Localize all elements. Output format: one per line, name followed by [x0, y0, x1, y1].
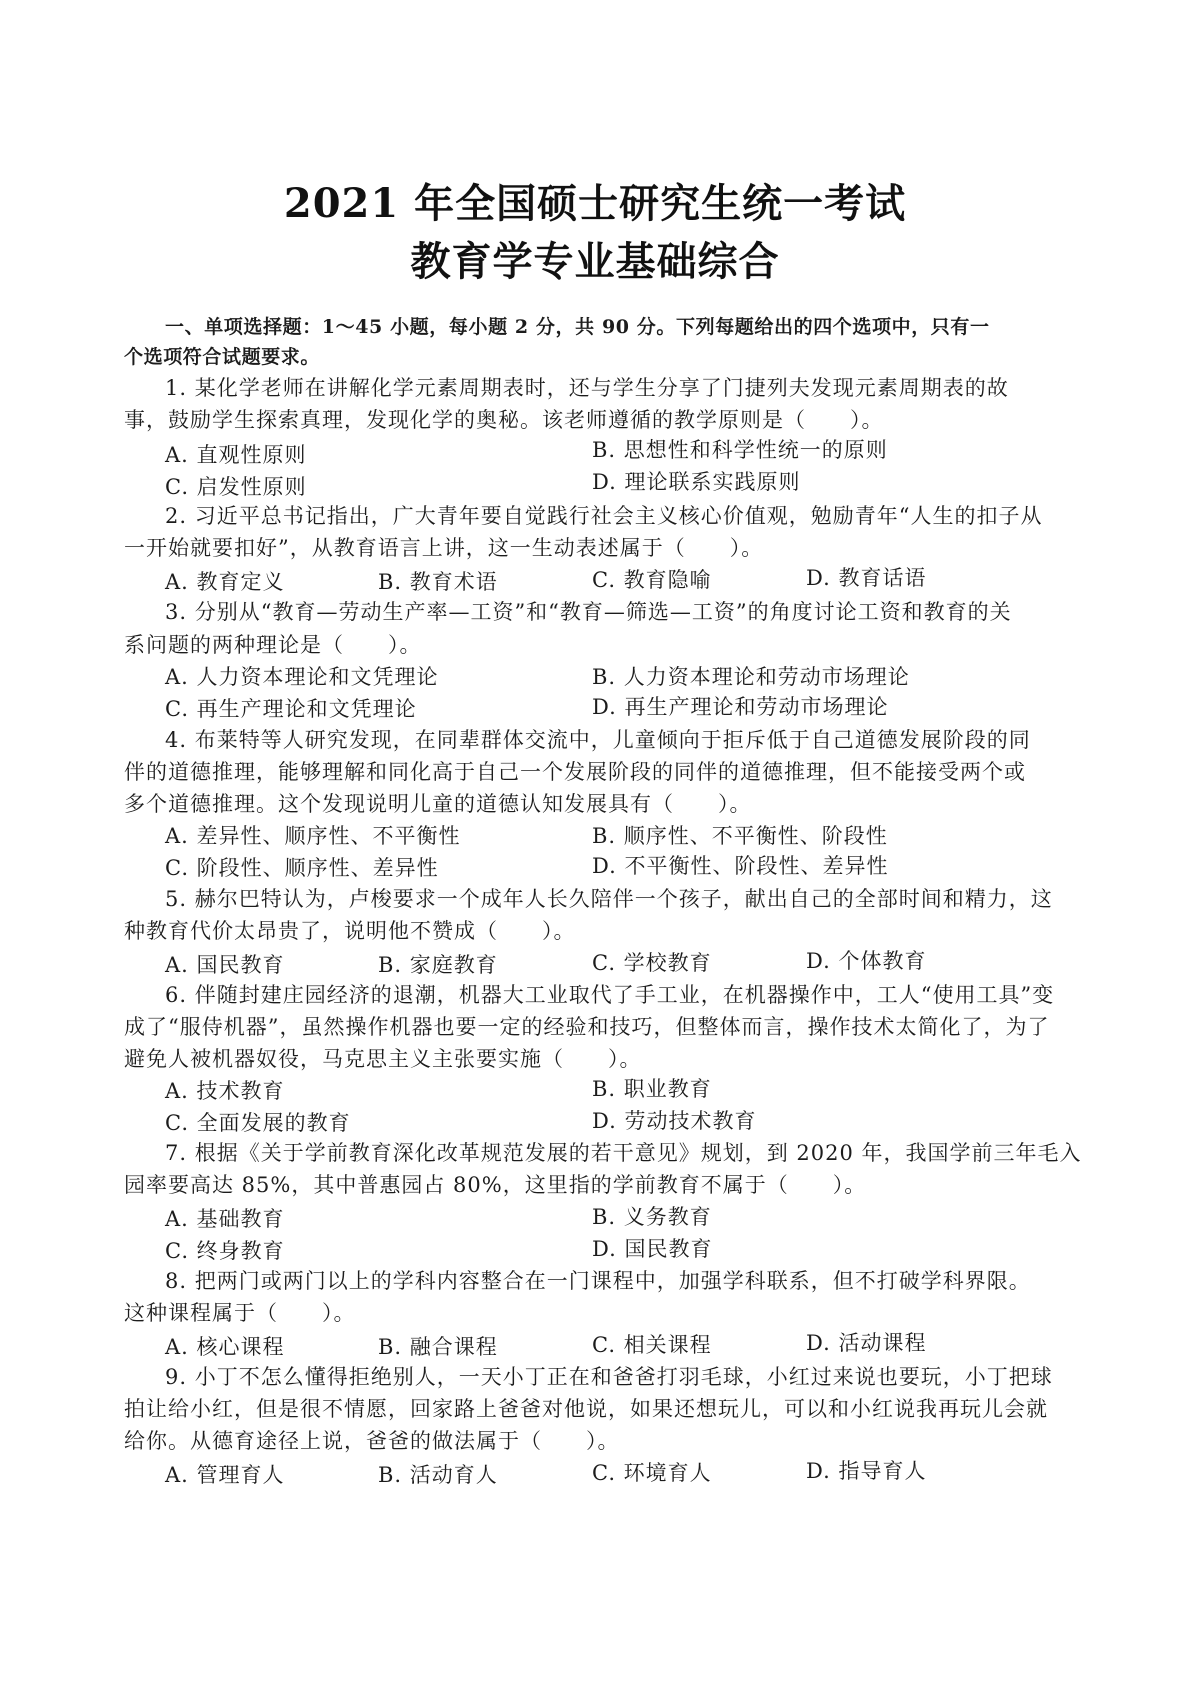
option-d: D. 教育话语 [806, 563, 926, 593]
exam-title: 2021 年全国硕士研究生统一考试 [0, 180, 1190, 228]
option-b: B. 职业教育 [592, 1074, 712, 1104]
option-a: A. 管理育人 [165, 1460, 285, 1490]
question-text: 3. 分别从“教育—劳动生产率—工资”和“教育—筛选—工资”的角度讨论工资和教育… [165, 597, 1012, 627]
option-a: A. 人力资本理论和文凭理论 [165, 662, 439, 692]
question-text: 5. 赫尔巴特认为，卢梭要求一个成年人长久陪伴一个孩子，献出自己的全部时间和精力… [165, 884, 1053, 914]
option-b: B. 教育术语 [378, 567, 498, 597]
question-text: 6. 伴随封建庄园经济的退潮，机器大工业取代了手工业，在机器操作中，工人“使用工… [165, 980, 1054, 1010]
option-b: B. 人力资本理论和劳动市场理论 [592, 662, 910, 692]
question-text: 成了“服侍机器”，虽然操作机器也要一定的经验和技巧，但整体而言，操作技术太简化了… [124, 1012, 1049, 1042]
option-c: C. 启发性原则 [165, 472, 307, 502]
option-b: B. 活动育人 [378, 1460, 498, 1490]
option-b: B. 融合课程 [378, 1332, 498, 1362]
option-d: D. 不平衡性、阶段性、差异性 [592, 851, 888, 881]
option-a: A. 差异性、顺序性、不平衡性 [165, 821, 461, 851]
question-text: 拍让给小红，但是很不情愿，回家路上爸爸对他说，如果还想玩儿，可以和小红说我再玩儿… [124, 1394, 1048, 1424]
option-d: D. 国民教育 [592, 1234, 712, 1264]
question-text: 多个道德推理。这个发现说明儿童的道德认知发展具有（ ）。 [124, 789, 752, 819]
question-text: 系问题的两种理论是（ ）。 [124, 630, 422, 660]
option-a: A. 国民教育 [165, 950, 285, 980]
question-text: 园率要高达 85%，其中普惠园占 80%，这里指的学前教育不属于（ ）。 [124, 1170, 866, 1200]
option-d: D. 劳动技术教育 [592, 1106, 756, 1136]
option-c: C. 环境育人 [592, 1458, 712, 1488]
option-c: C. 再生产理论和文凭理论 [165, 694, 417, 724]
exam-page: 2021 年全国硕士研究生统一考试 教育学专业基础综合 一、单项选择题：1～45… [0, 0, 1190, 1683]
question-text: 4. 布莱特等人研究发现，在同辈群体交流中，儿童倾向于拒斥低于自己道德发展阶段的… [165, 725, 1031, 755]
question-text: 7. 根据《关于学前教育深化改革规范发展的若干意见》规划，到 2020 年，我国… [165, 1138, 1082, 1168]
option-d: D. 再生产理论和劳动市场理论 [592, 692, 888, 722]
option-a: A. 技术教育 [165, 1076, 285, 1106]
option-a: A. 核心课程 [165, 1332, 285, 1362]
option-a: A. 基础教育 [165, 1204, 285, 1234]
question-text: 种教育代价太昂贵了，说明他不赞成（ ）。 [124, 916, 576, 946]
option-c: C. 相关课程 [592, 1330, 712, 1360]
question-text: 事，鼓励学生探索真理，发现化学的奥秘。该老师遵循的教学原则是（ ）。 [124, 405, 884, 435]
option-d: D. 个体教育 [806, 946, 926, 976]
question-text: 9. 小丁不怎么懂得拒绝别人，一天小丁正在和爸爸打羽毛球，小红过来说也要玩，小丁… [165, 1362, 1053, 1392]
question-text: 8. 把两门或两门以上的学科内容整合在一门课程中，加强学科联系，但不打破学科界限… [165, 1266, 1031, 1296]
option-d: D. 理论联系实践原则 [592, 467, 800, 497]
option-b: B. 义务教育 [592, 1202, 712, 1232]
question-text: 给你。从德育途径上说，爸爸的做法属于（ ）。 [124, 1426, 620, 1456]
option-a: A. 直观性原则 [165, 440, 307, 470]
section-heading: 一、单项选择题：1～45 小题，每小题 2 分，共 90 分。下列每题给出的四个… [165, 312, 990, 342]
question-text: 伴的道德推理，能够理解和同化高于自己一个发展阶段的同伴的道德推理，但不能接受两个… [124, 757, 1026, 787]
question-text: 1. 某化学老师在讲解化学元素周期表时，还与学生分享了门捷列夫发现元素周期表的故 [165, 373, 1009, 403]
question-text: 这种课程属于（ ）。 [124, 1298, 356, 1328]
option-b: B. 思想性和科学性统一的原则 [592, 435, 888, 465]
section-heading-cont: 个选项符合试题要求。 [124, 342, 320, 372]
option-b: B. 顺序性、不平衡性、阶段性 [592, 821, 888, 851]
question-text: 避免人被机器奴役，马克思主义主张要实施（ ）。 [124, 1044, 642, 1074]
question-text: 2. 习近平总书记指出，广大青年要自觉践行社会主义核心价值观，勉励青年“人生的扣… [165, 501, 1042, 531]
exam-subject-title: 教育学专业基础综合 [0, 238, 1190, 286]
option-c: C. 阶段性、顺序性、差异性 [165, 853, 439, 883]
option-c: C. 学校教育 [592, 948, 712, 978]
option-a: A. 教育定义 [165, 567, 285, 597]
option-c: C. 终身教育 [165, 1236, 285, 1266]
option-b: B. 家庭教育 [378, 950, 498, 980]
option-c: C. 全面发展的教育 [165, 1108, 351, 1138]
option-d: D. 指导育人 [806, 1456, 926, 1486]
option-d: D. 活动课程 [806, 1328, 926, 1358]
option-c: C. 教育隐喻 [592, 565, 712, 595]
question-text: 一开始就要扣好”，从教育语言上讲，这一生动表述属于（ ）。 [124, 533, 763, 563]
